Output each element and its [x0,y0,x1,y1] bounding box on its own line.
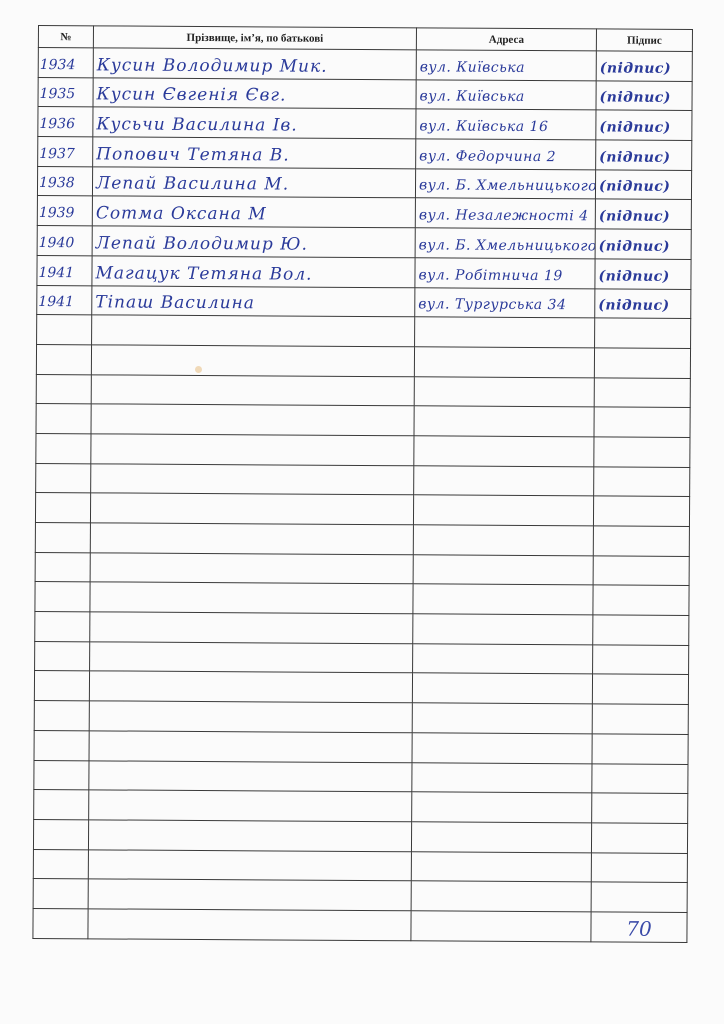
empty-cell [89,760,412,792]
empty-cell [33,819,88,849]
empty-cell [413,584,593,615]
entry-number: 1935 [39,82,76,106]
entry-full-name-cell: Попович Тетяна В. [93,137,416,169]
empty-cell [594,377,690,407]
table-row-empty [33,849,687,883]
empty-cell [35,493,90,523]
paper-stain [195,366,202,373]
empty-cell [37,315,92,345]
entry-full-name-cell: Магацук Тетяна Вол. [92,256,415,288]
entry-number-cell: 1936 [38,107,93,137]
entry-number: 1940 [38,231,75,255]
entry-signature: (підпис) [596,175,671,199]
entry-number: 1938 [38,171,75,195]
entry-address-cell: вул. Київська [416,50,596,81]
entry-address-cell: вул. Тургурська 34 [415,287,595,318]
empty-cell [595,318,691,348]
entry-number-cell: 1937 [38,137,93,167]
empty-cell [594,407,690,437]
table-row-empty [37,315,691,349]
table-row-empty [34,790,688,824]
empty-cell [34,671,89,701]
empty-cell [412,733,592,764]
empty-cell [411,822,591,853]
empty-cell [411,881,591,912]
table-row-empty [35,582,689,616]
entry-full-name-cell: Сотма Оксана М [92,196,415,228]
empty-cell [592,674,688,704]
empty-cell [593,585,689,615]
table-row-empty [36,433,690,467]
table-row: 1935Кусин Євгенія Євг.вул. Київська(підп… [38,77,692,111]
empty-cell [34,730,89,760]
empty-cell [411,911,591,942]
empty-cell [592,704,688,734]
entry-address-cell: вул. Незалежності 4 [415,198,595,229]
empty-cell [89,731,412,763]
entry-address: вул. Робітнича 19 [415,263,562,288]
empty-cell [594,437,690,467]
empty-cell [88,820,411,852]
entry-signature-cell: (підпис) [596,140,692,170]
table-row-empty [35,493,689,527]
entry-number-cell: 1941 [37,255,92,285]
empty-cell [593,556,689,586]
empty-cell [413,554,593,585]
table-row-empty [34,701,688,735]
entry-full-name: Кусьчи Василина Ів. [93,112,297,137]
empty-cell [34,760,89,790]
empty-cell [35,641,90,671]
empty-cell [90,642,413,674]
entry-address: вул. Б. Хмельницького 57 [416,174,596,199]
empty-cell [90,612,413,644]
empty-cell [36,463,91,493]
header-full-name: Прізвище, ім’я, по батькові [93,26,416,50]
empty-cell [91,404,414,436]
table-row-empty: 70 [33,908,687,942]
register-sheet: № Прізвище, ім’я, по батькові Адреса Під… [32,25,692,943]
empty-cell [413,495,593,526]
table-row-empty [36,344,690,378]
entry-full-name: Тіпаш Василина [92,291,255,316]
empty-cell [591,823,687,853]
empty-cell [92,315,415,347]
empty-cell [593,645,689,675]
entry-address-cell: вул. Б. Хмельницького 57 [415,169,595,200]
header-number: № [38,26,93,48]
empty-cell [591,852,687,882]
entry-address-cell: вул. Київська [416,79,596,110]
empty-cell [415,317,595,348]
empty-cell [36,374,91,404]
empty-cell [90,493,413,525]
entry-signature-cell: (підпис) [596,110,692,140]
empty-cell [33,849,88,879]
entry-signature-cell: (підпис) [595,229,691,259]
entry-signature-cell: (підпис) [596,81,692,111]
entry-full-name: Лепай Володимир Ю. [93,231,308,256]
table-row: 1939Сотма Оксана Мвул. Незалежності 4(пі… [37,196,691,230]
empty-cell [414,465,594,496]
entry-signature: (підпис) [595,294,670,318]
empty-cell [414,376,594,407]
register-table: № Прізвище, ім’я, по батькові Адреса Під… [32,25,693,943]
table-row: 1941Магацук Тетяна Вол.вул. Робітнича 19… [37,255,691,289]
entry-full-name-cell: Кусин Євгенія Євг. [93,78,416,110]
empty-cell [88,879,411,911]
empty-cell [414,406,594,437]
table-row: 1937Попович Тетяна В.вул. Федорчина 2(пі… [38,137,692,171]
empty-cell [88,909,411,941]
empty-cell [91,434,414,466]
table-row: 1940Лепай Володимир Ю.вул. Б. Хмельницьк… [37,226,691,260]
empty-cell [35,552,90,582]
table-row-empty [35,612,689,646]
empty-cell [89,701,412,733]
entry-number-cell: 1940 [37,226,92,256]
empty-cell [414,347,594,378]
entry-address: вул. Тургурська 34 [415,292,566,317]
table-row-empty [36,374,690,408]
table-row-empty [35,552,689,586]
entry-full-name-cell: Лепай Володимир Ю. [92,226,415,258]
empty-cell [413,614,593,645]
empty-cell [412,703,592,734]
entry-signature: (підпис) [596,145,671,169]
empty-cell [35,612,90,642]
empty-cell [592,793,688,823]
entry-number-cell: 1941 [37,285,92,315]
empty-cell [592,734,688,764]
empty-cell [591,882,687,912]
empty-cell [34,701,89,731]
table-row: 1938Лепай Василина М.вул. Б. Хмельницько… [37,166,691,200]
entry-full-name-cell: Кусьчи Василина Ів. [93,107,416,139]
empty-cell [91,463,414,495]
empty-cell [89,790,412,822]
entry-number-cell: 1935 [38,77,93,107]
entry-number: 1941 [37,290,74,314]
empty-cell: 70 [591,912,687,942]
empty-cell [35,582,90,612]
empty-cell [592,763,688,793]
table-row-empty [33,819,687,853]
empty-cell [33,879,88,909]
empty-cell [413,525,593,556]
empty-cell [90,553,413,585]
entry-signature: (підпис) [596,205,671,229]
empty-cell [33,908,88,938]
header-signature: Підпис [596,29,692,52]
empty-cell [412,792,592,823]
header-address: Адреса [416,28,596,51]
entry-address: вул. Київська [417,55,525,80]
empty-cell [412,673,592,704]
empty-cell [593,526,689,556]
table-row-empty [35,522,689,556]
entry-signature-cell: (підпис) [595,259,691,289]
entry-full-name: Кусин Євгенія Євг. [94,83,287,108]
entry-full-name: Магацук Тетяна Вол. [92,261,312,286]
entry-number: 1937 [38,142,75,166]
empty-cell [36,344,91,374]
entry-address: вул. Київська 16 [416,114,548,139]
entry-address-cell: вул. Київська 16 [416,109,596,140]
entry-address: вул. Київська [416,85,524,110]
entry-signature: (підпис) [597,56,672,80]
empty-cell [90,523,413,555]
entry-number-cell: 1939 [37,196,92,226]
entry-number: 1941 [37,261,74,285]
table-row-empty [33,879,687,913]
register-rows: 1934Кусин Володимир Мик.вул. Київська(пі… [33,48,692,943]
table-row-empty [35,641,689,675]
entry-full-name: Попович Тетяна В. [93,142,290,167]
empty-cell [35,522,90,552]
entry-signature-cell: (підпис) [595,199,691,229]
empty-cell [411,851,591,882]
entry-full-name-cell: Лепай Василина М. [92,167,415,199]
entry-address-cell: вул. Робітнича 19 [415,258,595,289]
table-row-empty [36,404,690,438]
table-row-empty [34,671,688,705]
empty-cell [34,790,89,820]
entry-number-cell: 1934 [38,48,93,78]
entry-full-name-cell: Кусин Володимир Мик. [93,48,416,80]
entry-address: вул. Незалежності 4 [416,203,589,228]
entry-signature-cell: (підпис) [595,170,691,200]
entry-full-name-cell: Тіпаш Василина [92,285,415,317]
entry-number-cell: 1938 [37,166,92,196]
entry-full-name: Кусин Володимир Мик. [94,53,328,78]
empty-cell [414,436,594,467]
table-row-empty [34,760,688,794]
table-row-empty [34,730,688,764]
empty-cell [90,582,413,614]
entry-address-cell: вул. Б. Хмельницького 87 [415,228,595,259]
table-row-empty [36,463,690,497]
empty-cell [594,348,690,378]
entry-signature: (підпис) [596,234,671,258]
entry-signature-cell: (підпис) [595,288,691,318]
empty-cell [36,433,91,463]
table-row: 1941Тіпаш Василинавул. Тургурська 34(під… [37,285,691,319]
empty-cell [593,496,689,526]
entry-signature: (підпис) [596,115,671,139]
empty-cell [88,849,411,881]
empty-cell [413,644,593,675]
entry-number: 1936 [38,112,75,136]
entry-address-cell: вул. Федорчина 2 [416,139,596,170]
empty-cell [36,404,91,434]
empty-cell [91,345,414,377]
entry-address: вул. Б. Хмельницького 87 [416,233,596,258]
entry-full-name: Лепай Василина М. [93,172,289,197]
entry-full-name: Сотма Оксана М [93,201,267,226]
empty-cell [89,671,412,703]
entry-address: вул. Федорчина 2 [416,144,556,169]
empty-cell [412,762,592,793]
empty-cell [594,467,690,497]
empty-cell [91,374,414,406]
entry-signature: (підпис) [595,264,670,288]
entry-signature-cell: (підпис) [596,51,692,81]
entry-number: 1939 [38,201,75,225]
entry-number: 1934 [39,53,76,77]
empty-cell [593,615,689,645]
table-row: 1934Кусин Володимир Мик.вул. Київська(пі… [38,48,692,82]
page-number: 70 [591,915,686,942]
entry-signature: (підпис) [596,86,671,110]
table-row: 1936Кусьчи Василина Ів.вул. Київська 16(… [38,107,692,141]
